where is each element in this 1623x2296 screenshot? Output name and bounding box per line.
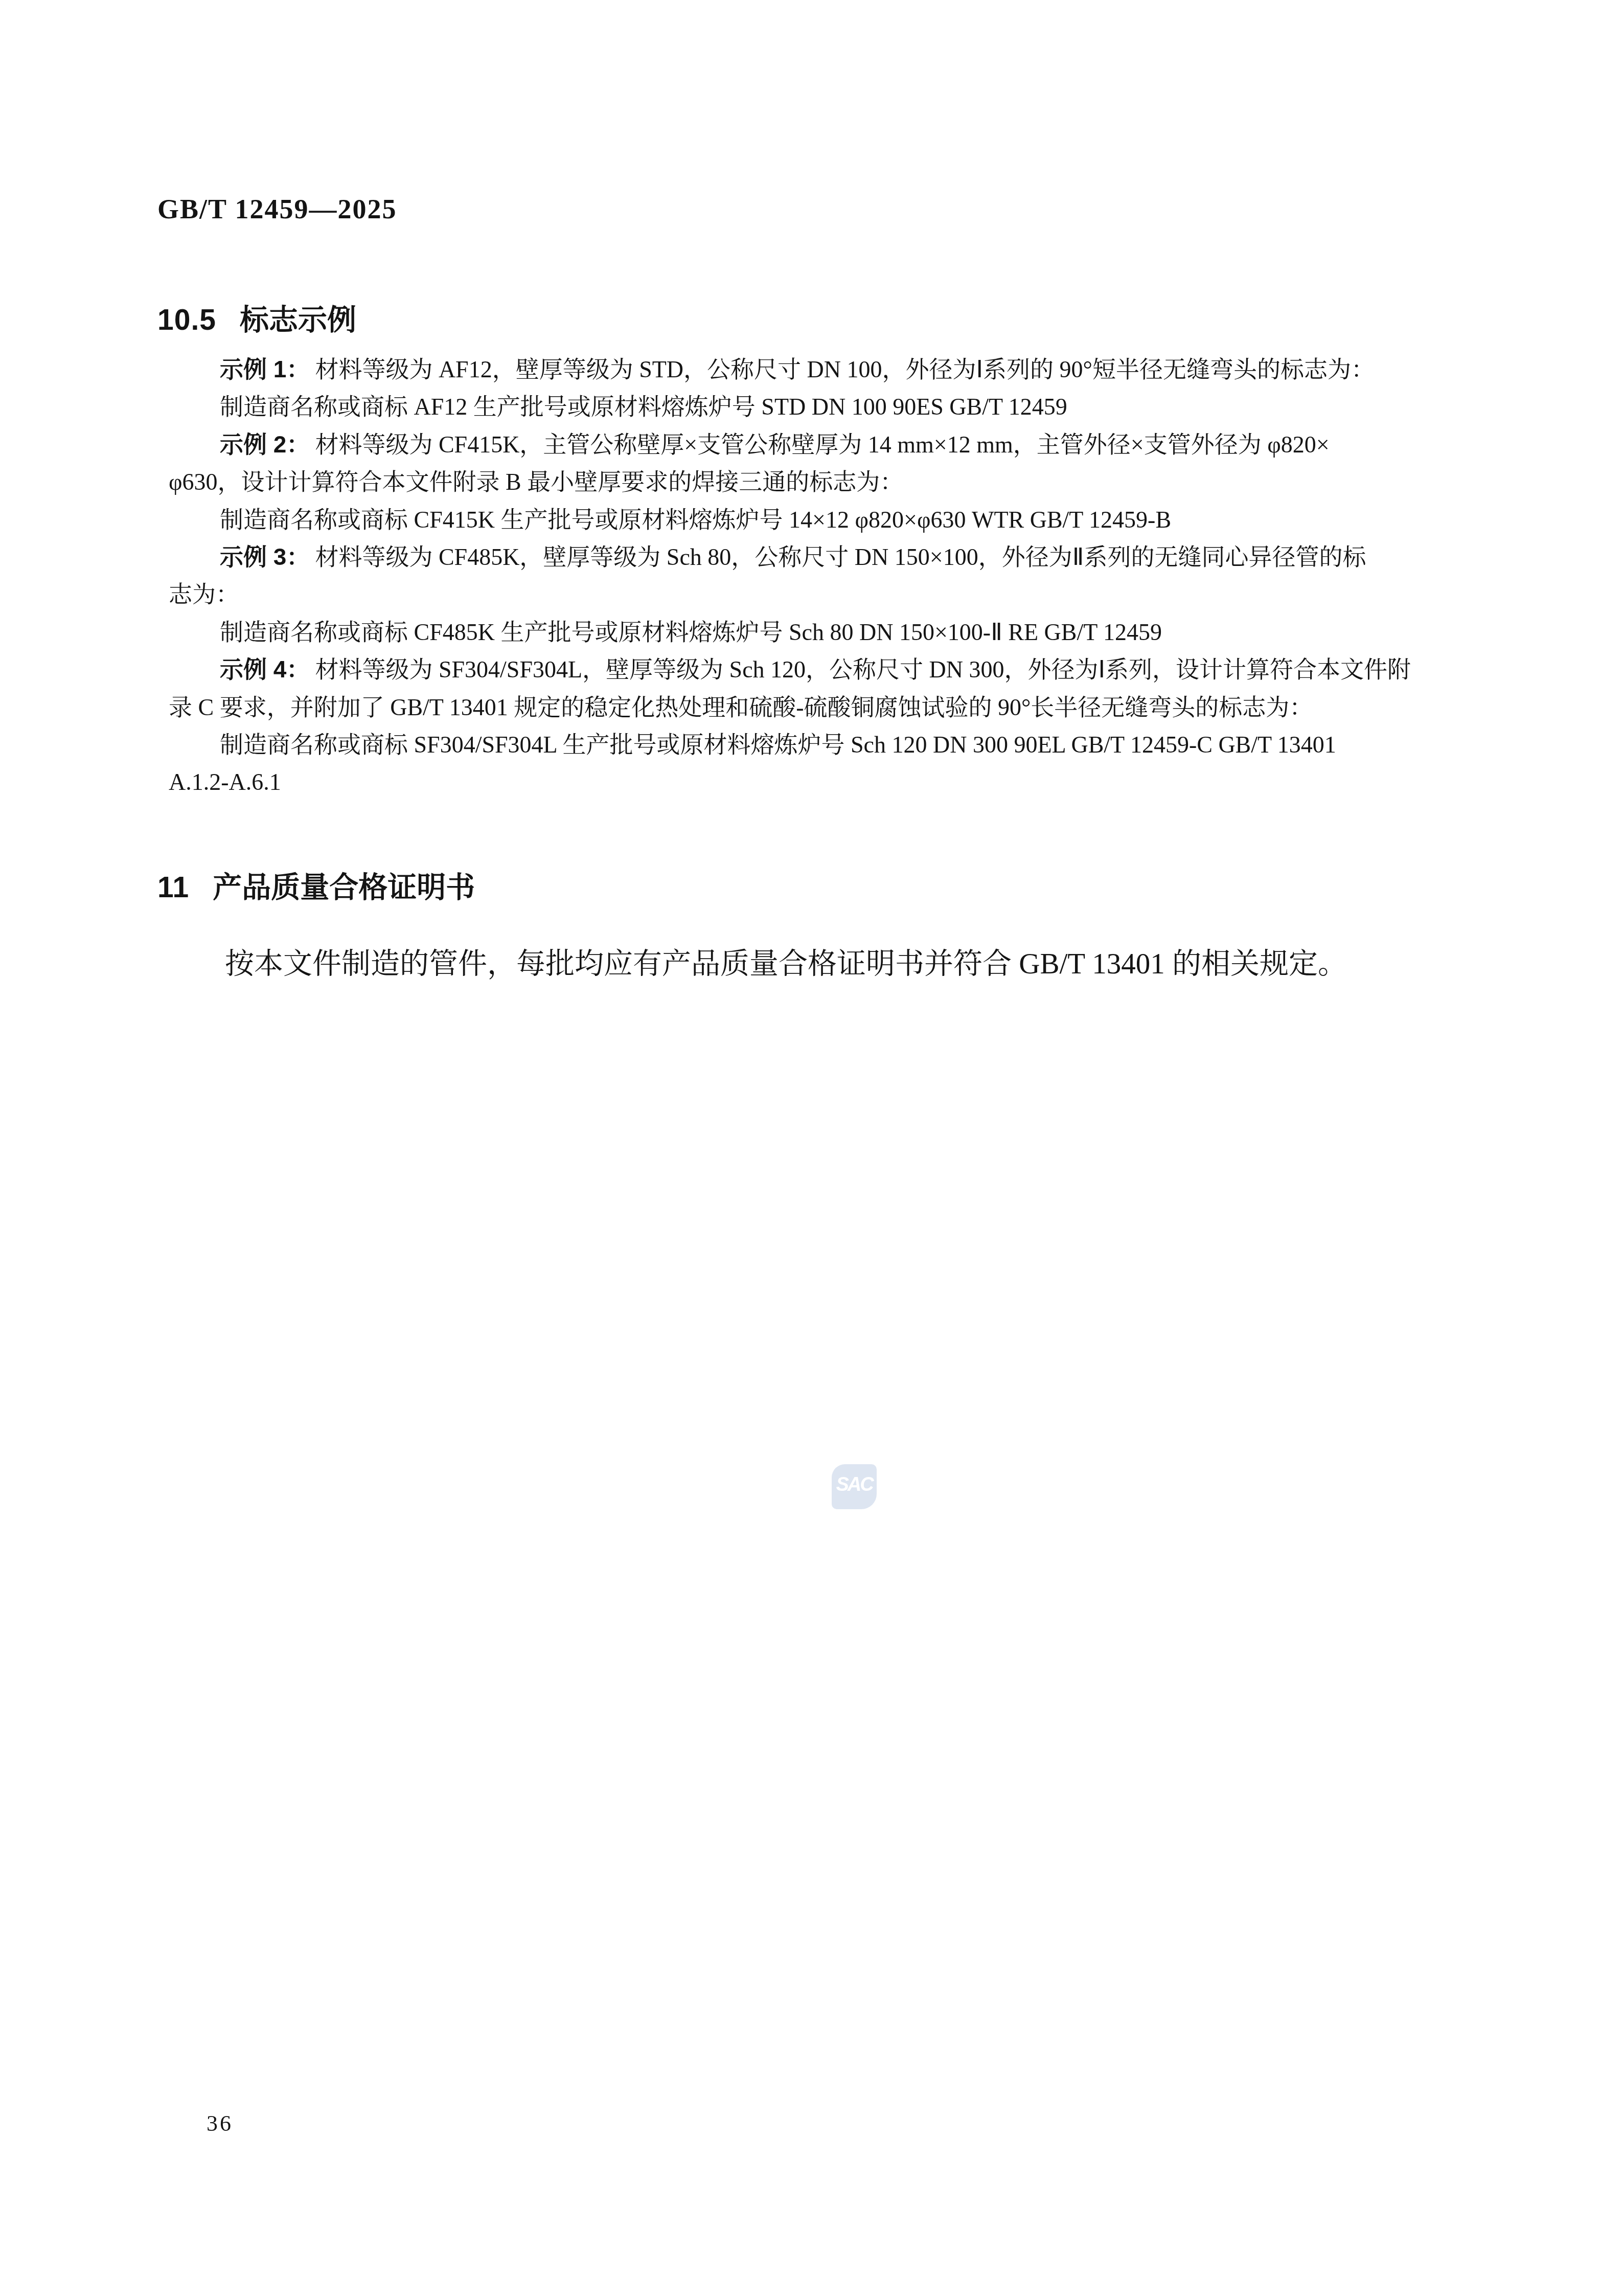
- section-number: 10.5: [157, 303, 216, 337]
- sac-logo-icon: SAC: [836, 1474, 872, 1496]
- example-line: 志为：: [169, 576, 1477, 613]
- example-line: 制造商名称或商标 SF304/SF304L 生产批号或原材料熔炼炉号 Sch 1…: [169, 726, 1477, 763]
- section-heading-11: 11产品质量合格证明书: [157, 864, 475, 906]
- example-text: 材料等级为 CF415K，主管公称壁厚×支管公称壁厚为 14 mm×12 mm，…: [315, 431, 1329, 458]
- example-text: φ630，设计计算符合本文件附录 B 最小壁厚要求的焊接三通的标志为：: [169, 469, 903, 495]
- example-text: 制造商名称或商标 CF415K 生产批号或原材料熔炼炉号 14×12 φ820×…: [220, 507, 1171, 533]
- example-line: 示例 4：材料等级为 SF304/SF304L，壁厚等级为 Sch 120，公称…: [169, 651, 1477, 688]
- sac-watermark-badge: SAC: [832, 1464, 877, 1509]
- example-text: 材料等级为 CF485K，壁厚等级为 Sch 80，公称尺寸 DN 150×10…: [315, 544, 1366, 570]
- example-text: 材料等级为 SF304/SF304L，壁厚等级为 Sch 120，公称尺寸 DN…: [315, 656, 1411, 683]
- example-label: 示例 4：: [220, 656, 310, 683]
- section-heading-10-5: 10.5标志示例: [157, 297, 356, 338]
- example-line: φ630，设计计算符合本文件附录 B 最小壁厚要求的焊接三通的标志为：: [169, 463, 1477, 501]
- example-text: 制造商名称或商标 CF485K 生产批号或原材料熔炼炉号 Sch 80 DN 1…: [220, 619, 1162, 645]
- section-11-paragraph: 按本文件制造的管件，每批均应有产品质量合格证明书并符合 GB/T 13401 的…: [169, 944, 1462, 985]
- example-text: 志为：: [169, 581, 239, 607]
- marking-examples-block: 示例 1：材料等级为 AF12，壁厚等级为 STD，公称尺寸 DN 100，外径…: [169, 351, 1477, 801]
- section-number: 11: [157, 871, 189, 904]
- example-text: 制造商名称或商标 AF12 生产批号或原材料熔炼炉号 STD DN 100 90…: [220, 394, 1067, 420]
- example-line: 示例 1：材料等级为 AF12，壁厚等级为 STD，公称尺寸 DN 100，外径…: [169, 351, 1477, 388]
- document-page: GB/T 12459—2025 10.5标志示例 示例 1：材料等级为 AF12…: [0, 0, 1623, 2296]
- example-text: 制造商名称或商标 SF304/SF304L 生产批号或原材料熔炼炉号 Sch 1…: [220, 732, 1336, 758]
- example-label: 示例 2：: [220, 431, 310, 458]
- page-number: 36: [207, 2110, 233, 2136]
- example-label: 示例 1：: [220, 356, 310, 382]
- example-line: A.1.2-A.6.1: [169, 763, 1477, 801]
- example-line: 制造商名称或商标 CF415K 生产批号或原材料熔炼炉号 14×12 φ820×…: [169, 501, 1477, 538]
- example-line: 录 C 要求，并附加了 GB/T 13401 规定的稳定化热处理和硫酸-硫酸铜腐…: [169, 689, 1477, 726]
- example-line: 制造商名称或商标 CF485K 生产批号或原材料熔炼炉号 Sch 80 DN 1…: [169, 613, 1477, 651]
- section-title: 标志示例: [240, 304, 356, 336]
- standard-number-header: GB/T 12459—2025: [157, 193, 397, 225]
- section-title: 产品质量合格证明书: [213, 871, 475, 904]
- example-text: 录 C 要求，并附加了 GB/T 13401 规定的稳定化热处理和硫酸-硫酸铜腐…: [169, 694, 1313, 720]
- example-text: 材料等级为 AF12，壁厚等级为 STD，公称尺寸 DN 100，外径为Ⅰ系列的…: [315, 356, 1375, 382]
- example-label: 示例 3：: [220, 543, 310, 570]
- example-line: 示例 3：材料等级为 CF485K，壁厚等级为 Sch 80，公称尺寸 DN 1…: [169, 538, 1477, 576]
- example-line: 示例 2：材料等级为 CF415K，主管公称壁厚×支管公称壁厚为 14 mm×1…: [169, 426, 1477, 463]
- example-line: 制造商名称或商标 AF12 生产批号或原材料熔炼炉号 STD DN 100 90…: [169, 388, 1477, 425]
- example-text: A.1.2-A.6.1: [169, 769, 281, 795]
